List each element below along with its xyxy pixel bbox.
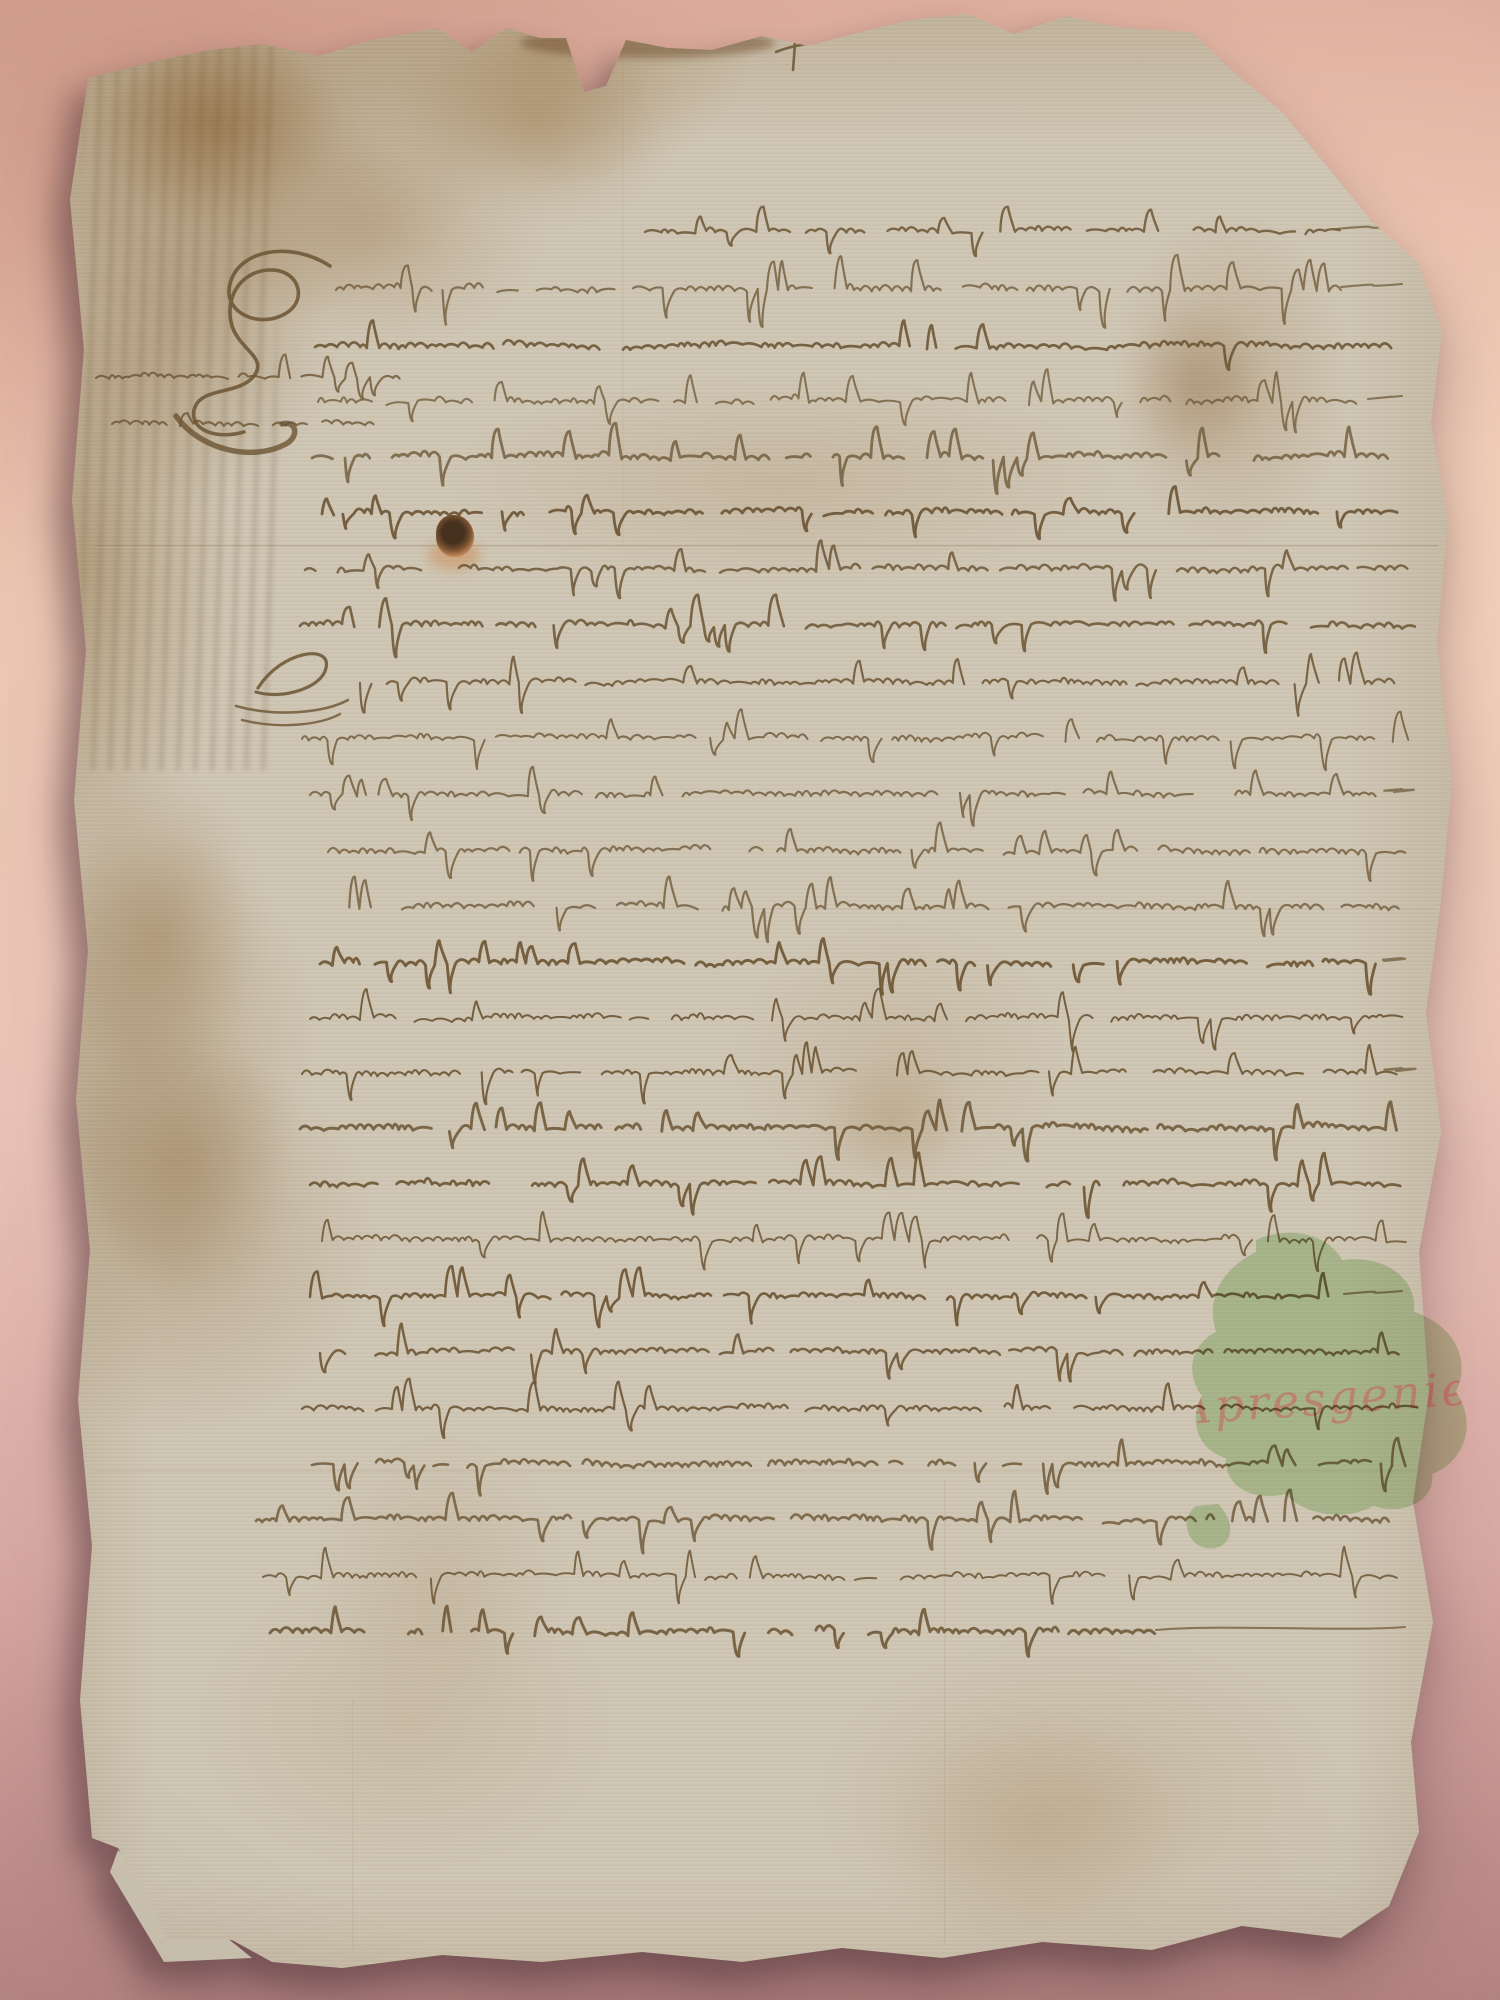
stamp-overlay: Apresgeniere (0, 0, 1500, 2000)
photo-background: Apresgeniere (0, 0, 1500, 2000)
